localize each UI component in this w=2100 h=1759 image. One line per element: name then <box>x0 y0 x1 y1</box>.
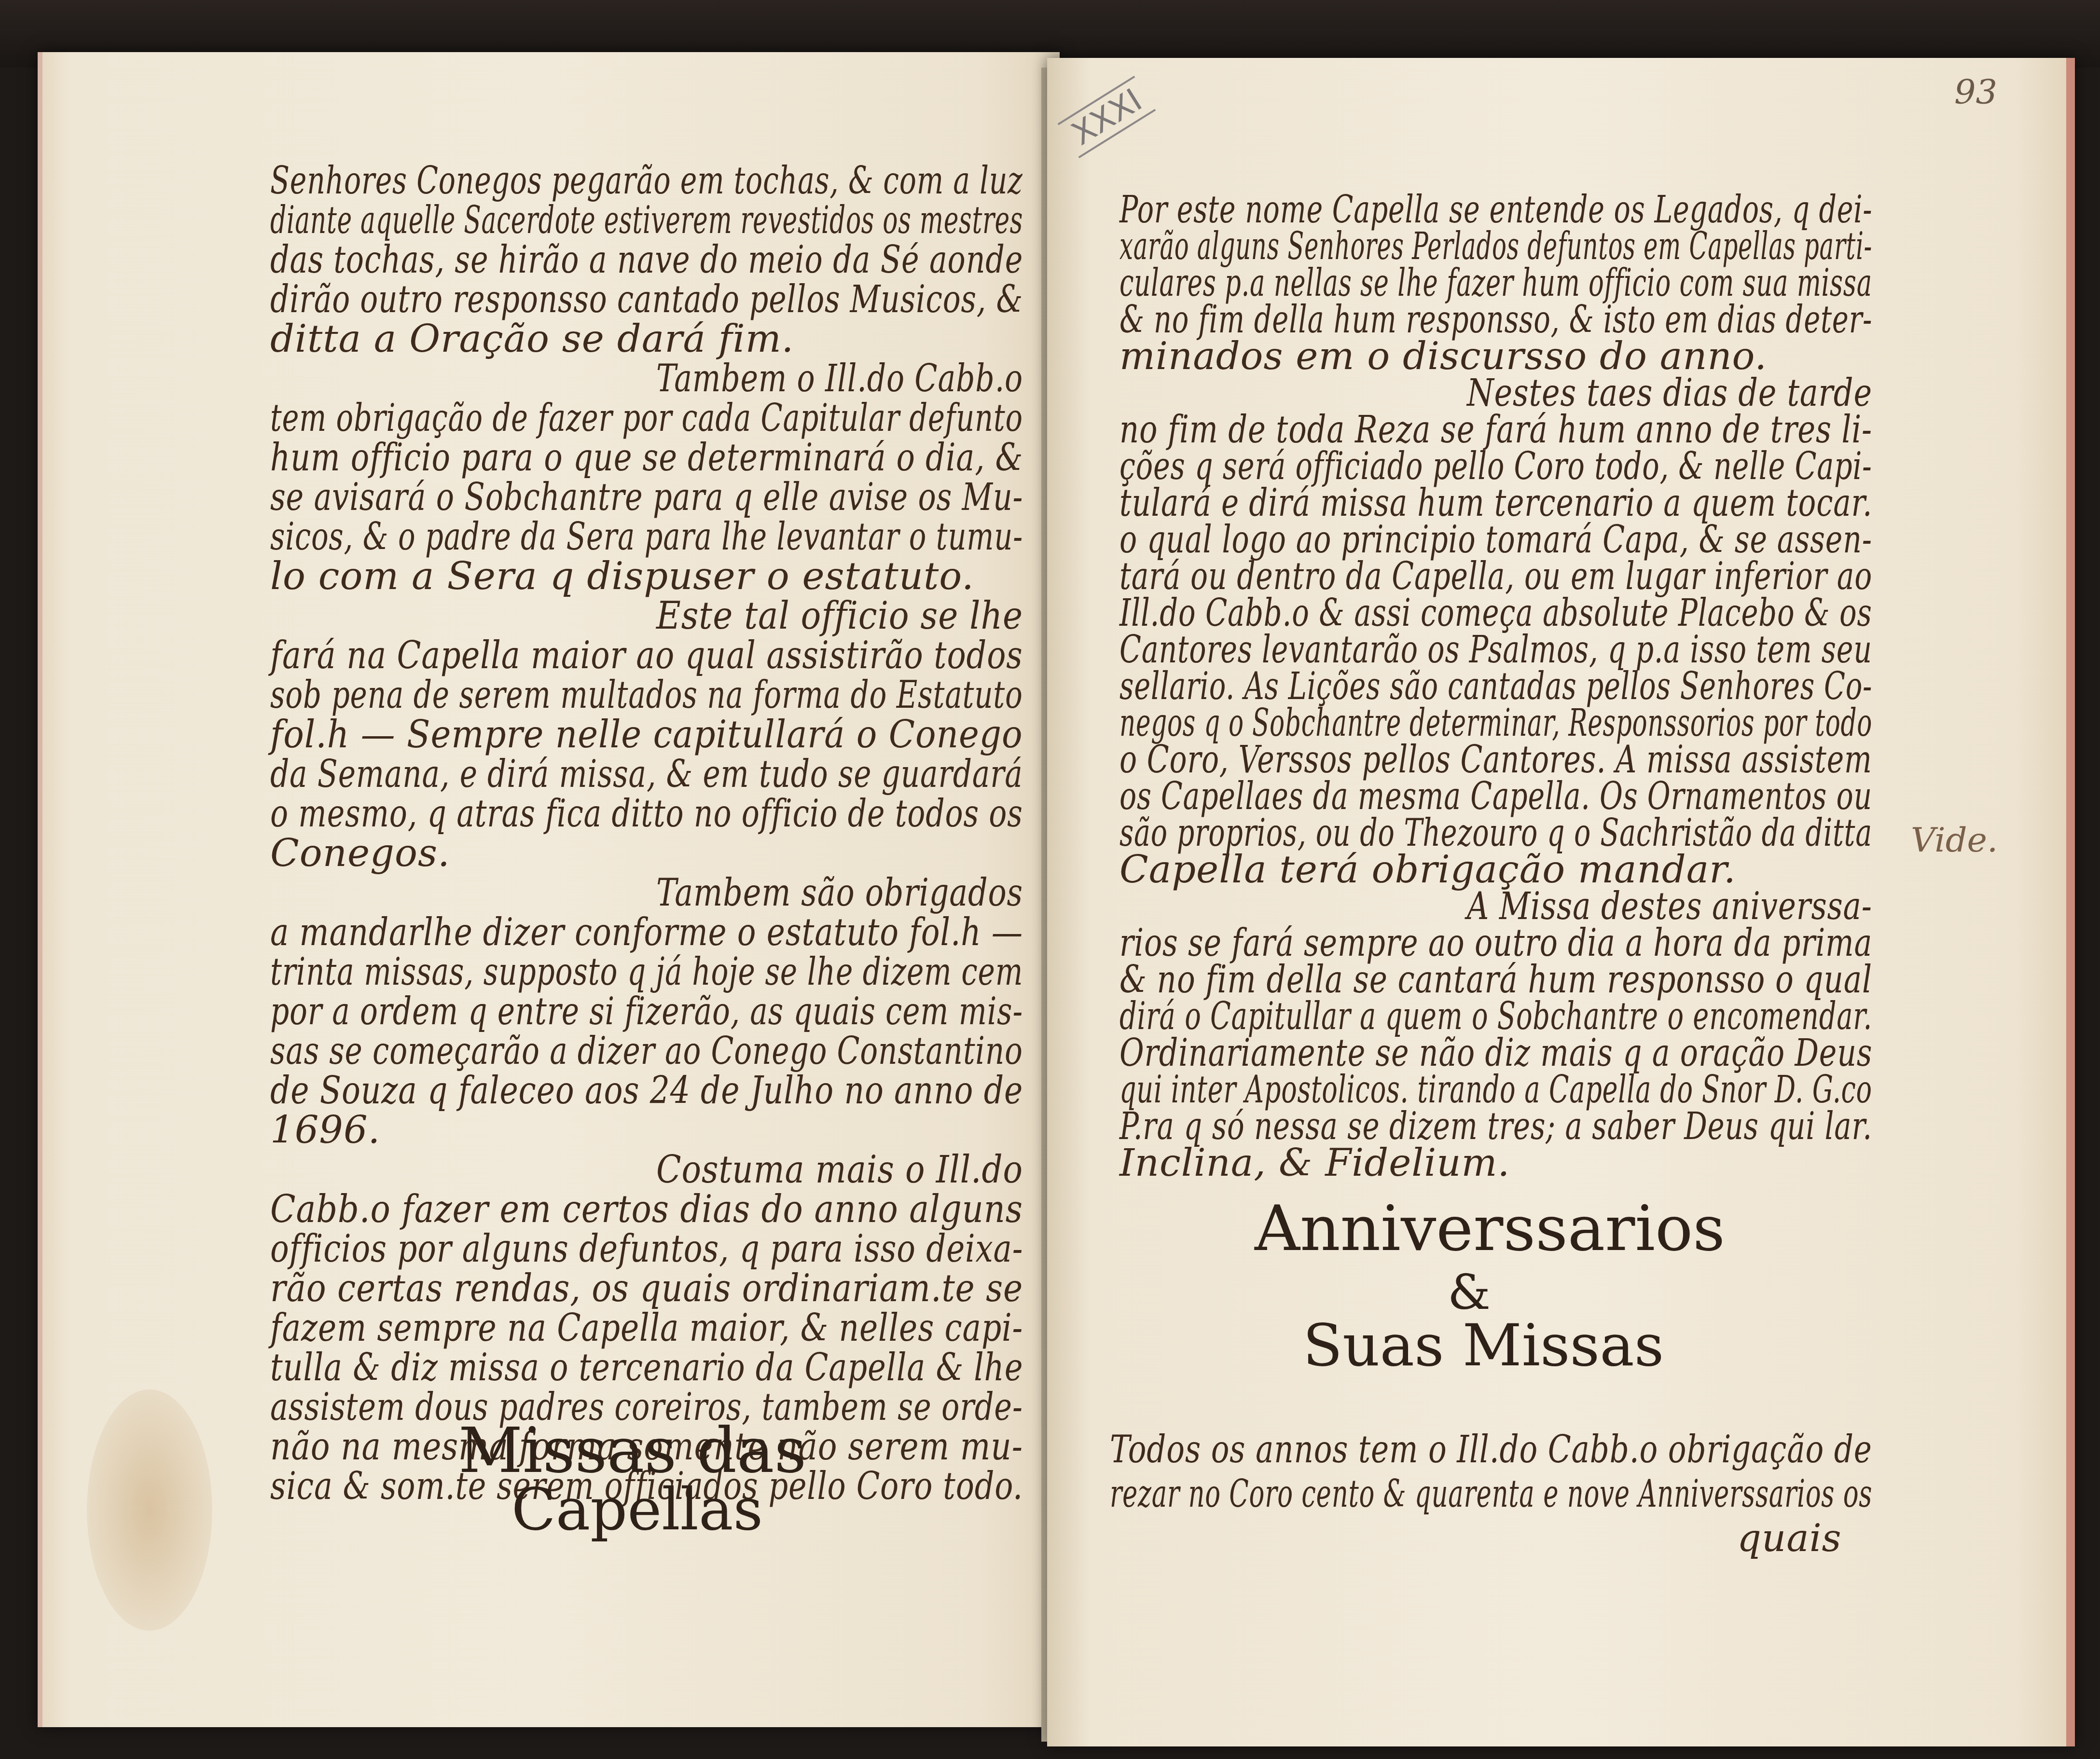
right-heading-line-3: Suas Missas <box>1303 1312 1664 1379</box>
manuscript-line: a mandarlhe dizer conforme o estatuto fo… <box>270 911 1023 954</box>
manuscript-line: Senhores Conegos pegarão em tochas, & co… <box>270 159 1023 203</box>
manuscript-line: Todos os annos tem o Ill.do Cabb.o obrig… <box>1110 1428 1872 1471</box>
manuscript-line: rezar no Coro cento & quarenta e nove An… <box>1110 1472 1872 1516</box>
manuscript-line: sob pena de serem multados na forma do E… <box>270 673 1023 717</box>
manuscript-line: trinta missas, supposto q já hoje se lhe… <box>270 950 1023 994</box>
folio-number: 93 <box>1954 72 1997 112</box>
margin-note: Vide. <box>1911 820 1998 860</box>
manuscript-line: fol.h — Sempre nelle capitullará o Coneg… <box>270 713 1023 756</box>
manuscript-line: fará na Capella maior ao qual assistirão… <box>270 634 1023 677</box>
manuscript-line: quais <box>1737 1517 1842 1560</box>
manuscript-line: o mesmo, q atras fica ditto no officio d… <box>270 792 1023 836</box>
manuscript-line: 1696. <box>270 1109 380 1152</box>
manuscript-line: officios por alguns defuntos, q para iss… <box>270 1227 1023 1271</box>
manuscript-line: rão certas rendas, os quais ordinariam.t… <box>270 1267 1023 1310</box>
manuscript-line: das tochas, se hirão a nave do meio da S… <box>270 238 1023 282</box>
manuscript-line: Tambem o Ill.do Cabb.o <box>656 357 1023 400</box>
manuscript-line: de Souza q faleceo aos 24 de Julho no an… <box>270 1069 1023 1113</box>
manuscript-line: lo com a Sera q dispuser o estatuto. <box>270 555 974 598</box>
manuscript-line: da Semana, e dirá missa, & em tudo se gu… <box>270 753 1023 796</box>
manuscript-line: hum officio para o que se determinará o … <box>270 436 1023 480</box>
manuscript-line: Tambem são obrigados <box>656 871 1023 915</box>
manuscript-line: Cabb.o fazer em certos dias do anno algu… <box>270 1188 1023 1231</box>
manuscript-line: se avisará o Sobchantre para q elle avis… <box>270 476 1023 519</box>
manuscript-line: tulla & diz missa o tercenario da Capell… <box>270 1346 1023 1389</box>
manuscript-line: por a ordem q entre si fizerão, as quais… <box>270 990 1023 1033</box>
left-heading-line-2: Capellas <box>511 1476 763 1543</box>
manuscript-line: sas se começarão a dizer ao Conego Const… <box>270 1030 1023 1073</box>
right-heading-line-1: Anniverssarios <box>1255 1192 1725 1265</box>
manuscript-line: fazem sempre na Capella maior, & nelles … <box>270 1306 1023 1350</box>
manuscript-line: Costuma mais o Ill.do <box>656 1148 1023 1192</box>
manuscript-line: tem obrigação de fazer por cada Capitula… <box>270 397 1023 440</box>
manuscript-line: ditta a Oração se dará fim. <box>270 317 794 361</box>
water-stain <box>87 1389 212 1631</box>
manuscript-line: Inclina, & Fidelium. <box>1119 1141 1510 1185</box>
manuscript-line: dirão outro responsso cantado pellos Mus… <box>270 278 1023 321</box>
manuscript-line: Este tal officio se lhe <box>656 594 1023 638</box>
manuscript-line: Conegos. <box>270 832 450 875</box>
manuscript-line: sicos, & o padre da Sera para lhe levant… <box>270 515 1023 559</box>
manuscript-line: diante aquelle Sacerdote estiverem reves… <box>270 199 1023 242</box>
